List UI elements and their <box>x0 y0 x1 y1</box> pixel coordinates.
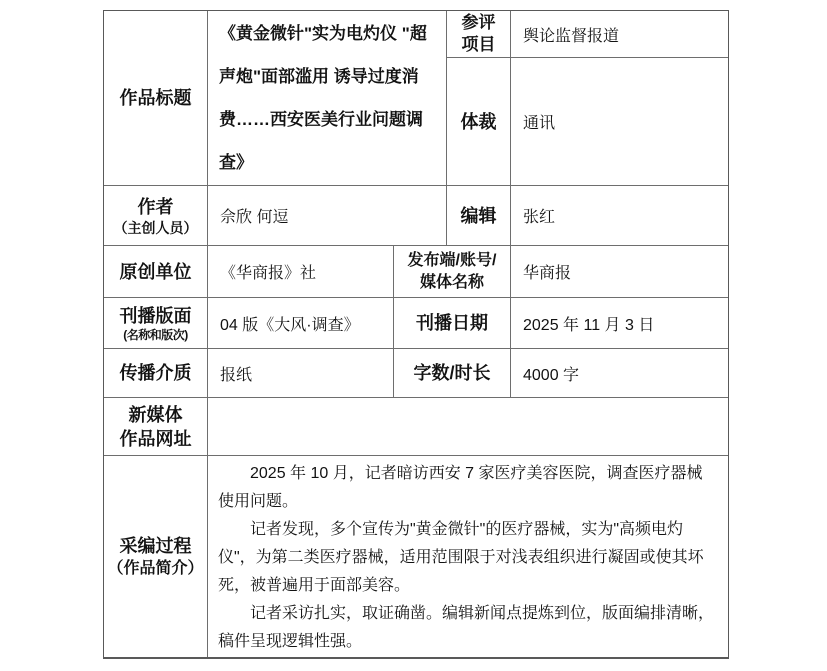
row-entry-category: 参评 项目 舆论监督报道 <box>447 11 728 58</box>
label-original-unit: 原创单位 <box>104 246 208 297</box>
label-medium: 传播介质 <box>104 349 208 397</box>
value-new-media-url <box>208 398 728 455</box>
value-work-title: 《黄金微针"实为电灼仪 "超声炮"面部滥用 诱导过度消费……西安医美行业问题调查… <box>208 11 447 185</box>
value-editor: 张红 <box>511 186 728 245</box>
row-work-title: 作品标题 《黄金微针"实为电灼仪 "超声炮"面部滥用 诱导过度消费……西安医美行… <box>104 11 728 186</box>
value-author: 佘欣 何逗 <box>208 186 447 245</box>
value-publish-page: 04 版《大风·调查》 <box>208 298 394 348</box>
label-publish-page-sub: (名称和版次) <box>123 328 188 343</box>
value-entry-category: 舆论监督报道 <box>511 11 728 57</box>
value-medium: 报纸 <box>208 349 394 397</box>
label-genre: 体裁 <box>447 58 511 185</box>
value-publish-platform: 华商报 <box>511 246 728 297</box>
row-genre: 体裁 通讯 <box>447 58 728 185</box>
entry-category-genre-group: 参评 项目 舆论监督报道 体裁 通讯 <box>447 11 728 185</box>
label-author: 作者 （主创人员） <box>104 186 208 245</box>
value-publish-date: 2025 年 11 月 3 日 <box>511 298 728 348</box>
label-editor: 编辑 <box>447 186 511 245</box>
row-new-media-url: 新媒体 作品网址 <box>104 398 728 456</box>
process-paragraph-3: 记者采访扎实，取证确凿。编辑新闻点提炼到位，版面编排清晰，稿件呈现逻辑性强。 <box>218 600 718 656</box>
row-medium: 传播介质 报纸 字数/时长 4000 字 <box>104 349 728 398</box>
process-paragraph-2: 记者发现，多个宣传为"黄金微针"的医疗器械，实为"高频电灼仪"，为第二类医疗器械… <box>218 516 718 600</box>
label-editing-process-main: 采编过程 <box>120 534 192 558</box>
label-publish-platform: 发布端/账号/ 媒体名称 <box>394 246 511 297</box>
label-publish-date: 刊播日期 <box>394 298 511 348</box>
label-editing-process: 采编过程 （作品简介） <box>104 456 208 657</box>
row-publish-page: 刊播版面 (名称和版次) 04 版《大风·调查》 刊播日期 2025 年 11 … <box>104 298 728 349</box>
label-work-title-text: 作品标题 <box>120 86 192 110</box>
row-editing-process: 采编过程 （作品简介） 2025 年 10 月，记者暗访西安 7 家医疗美容医院… <box>104 456 728 657</box>
label-length: 字数/时长 <box>394 349 511 397</box>
value-original-unit: 《华商报》社 <box>208 246 394 297</box>
process-paragraph-1: 2025 年 10 月，记者暗访西安 7 家医疗美容医院，调查医疗器械使用问题。 <box>218 460 718 516</box>
label-author-sub: （主创人员） <box>114 219 198 237</box>
value-length: 4000 字 <box>511 349 728 397</box>
value-genre: 通讯 <box>511 58 728 185</box>
label-new-media-url: 新媒体 作品网址 <box>104 398 208 455</box>
label-publish-page-main: 刊播版面 <box>120 304 192 328</box>
award-entry-form-table: 作品标题 《黄金微针"实为电灼仪 "超声炮"面部滥用 诱导过度消费……西安医美行… <box>103 10 729 659</box>
row-original-unit: 原创单位 《华商报》社 发布端/账号/ 媒体名称 华商报 <box>104 246 728 298</box>
label-entry-category: 参评 项目 <box>447 11 511 57</box>
row-author: 作者 （主创人员） 佘欣 何逗 编辑 张红 <box>104 186 728 246</box>
label-work-title: 作品标题 <box>104 11 208 185</box>
label-publish-page: 刊播版面 (名称和版次) <box>104 298 208 348</box>
label-editing-process-sub: （作品简介） <box>107 558 203 580</box>
label-author-main: 作者 <box>138 195 174 219</box>
value-editing-process: 2025 年 10 月，记者暗访西安 7 家医疗美容医院，调查医疗器械使用问题。… <box>208 456 728 657</box>
